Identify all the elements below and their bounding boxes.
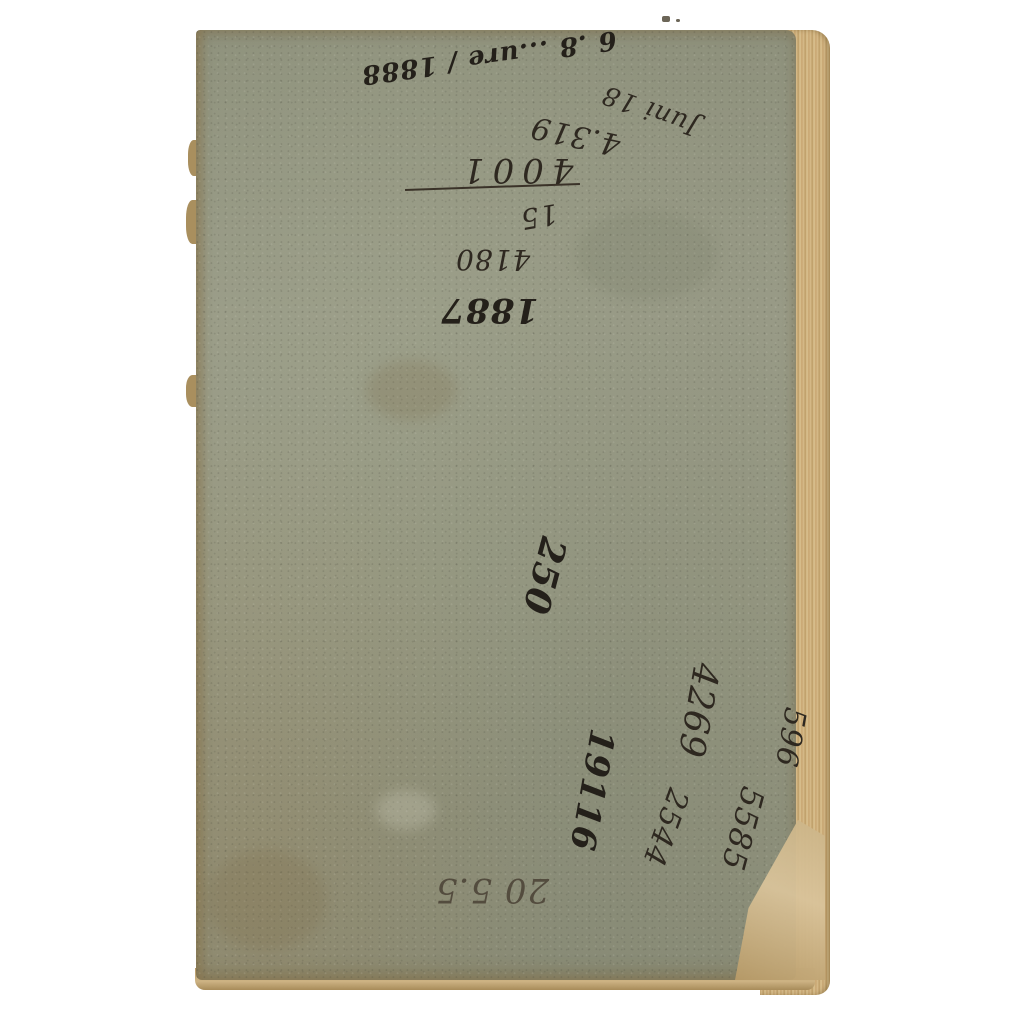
handwriting-line-5: 4180 [455,243,530,276]
handwriting-line-4: 15 [517,197,560,236]
dust-speck [662,16,670,22]
stain [366,360,456,420]
dust-speck [676,19,680,22]
stain [206,850,326,950]
photo-scene: 6 .8 ...ure / 1888 Juni 18 4.319 4001 15… [0,0,1024,1024]
stain [576,210,716,300]
handwriting-bottom: 20 5.5 [435,870,549,910]
handwriting-line-6: 1887 [440,290,539,330]
stain [376,790,436,830]
